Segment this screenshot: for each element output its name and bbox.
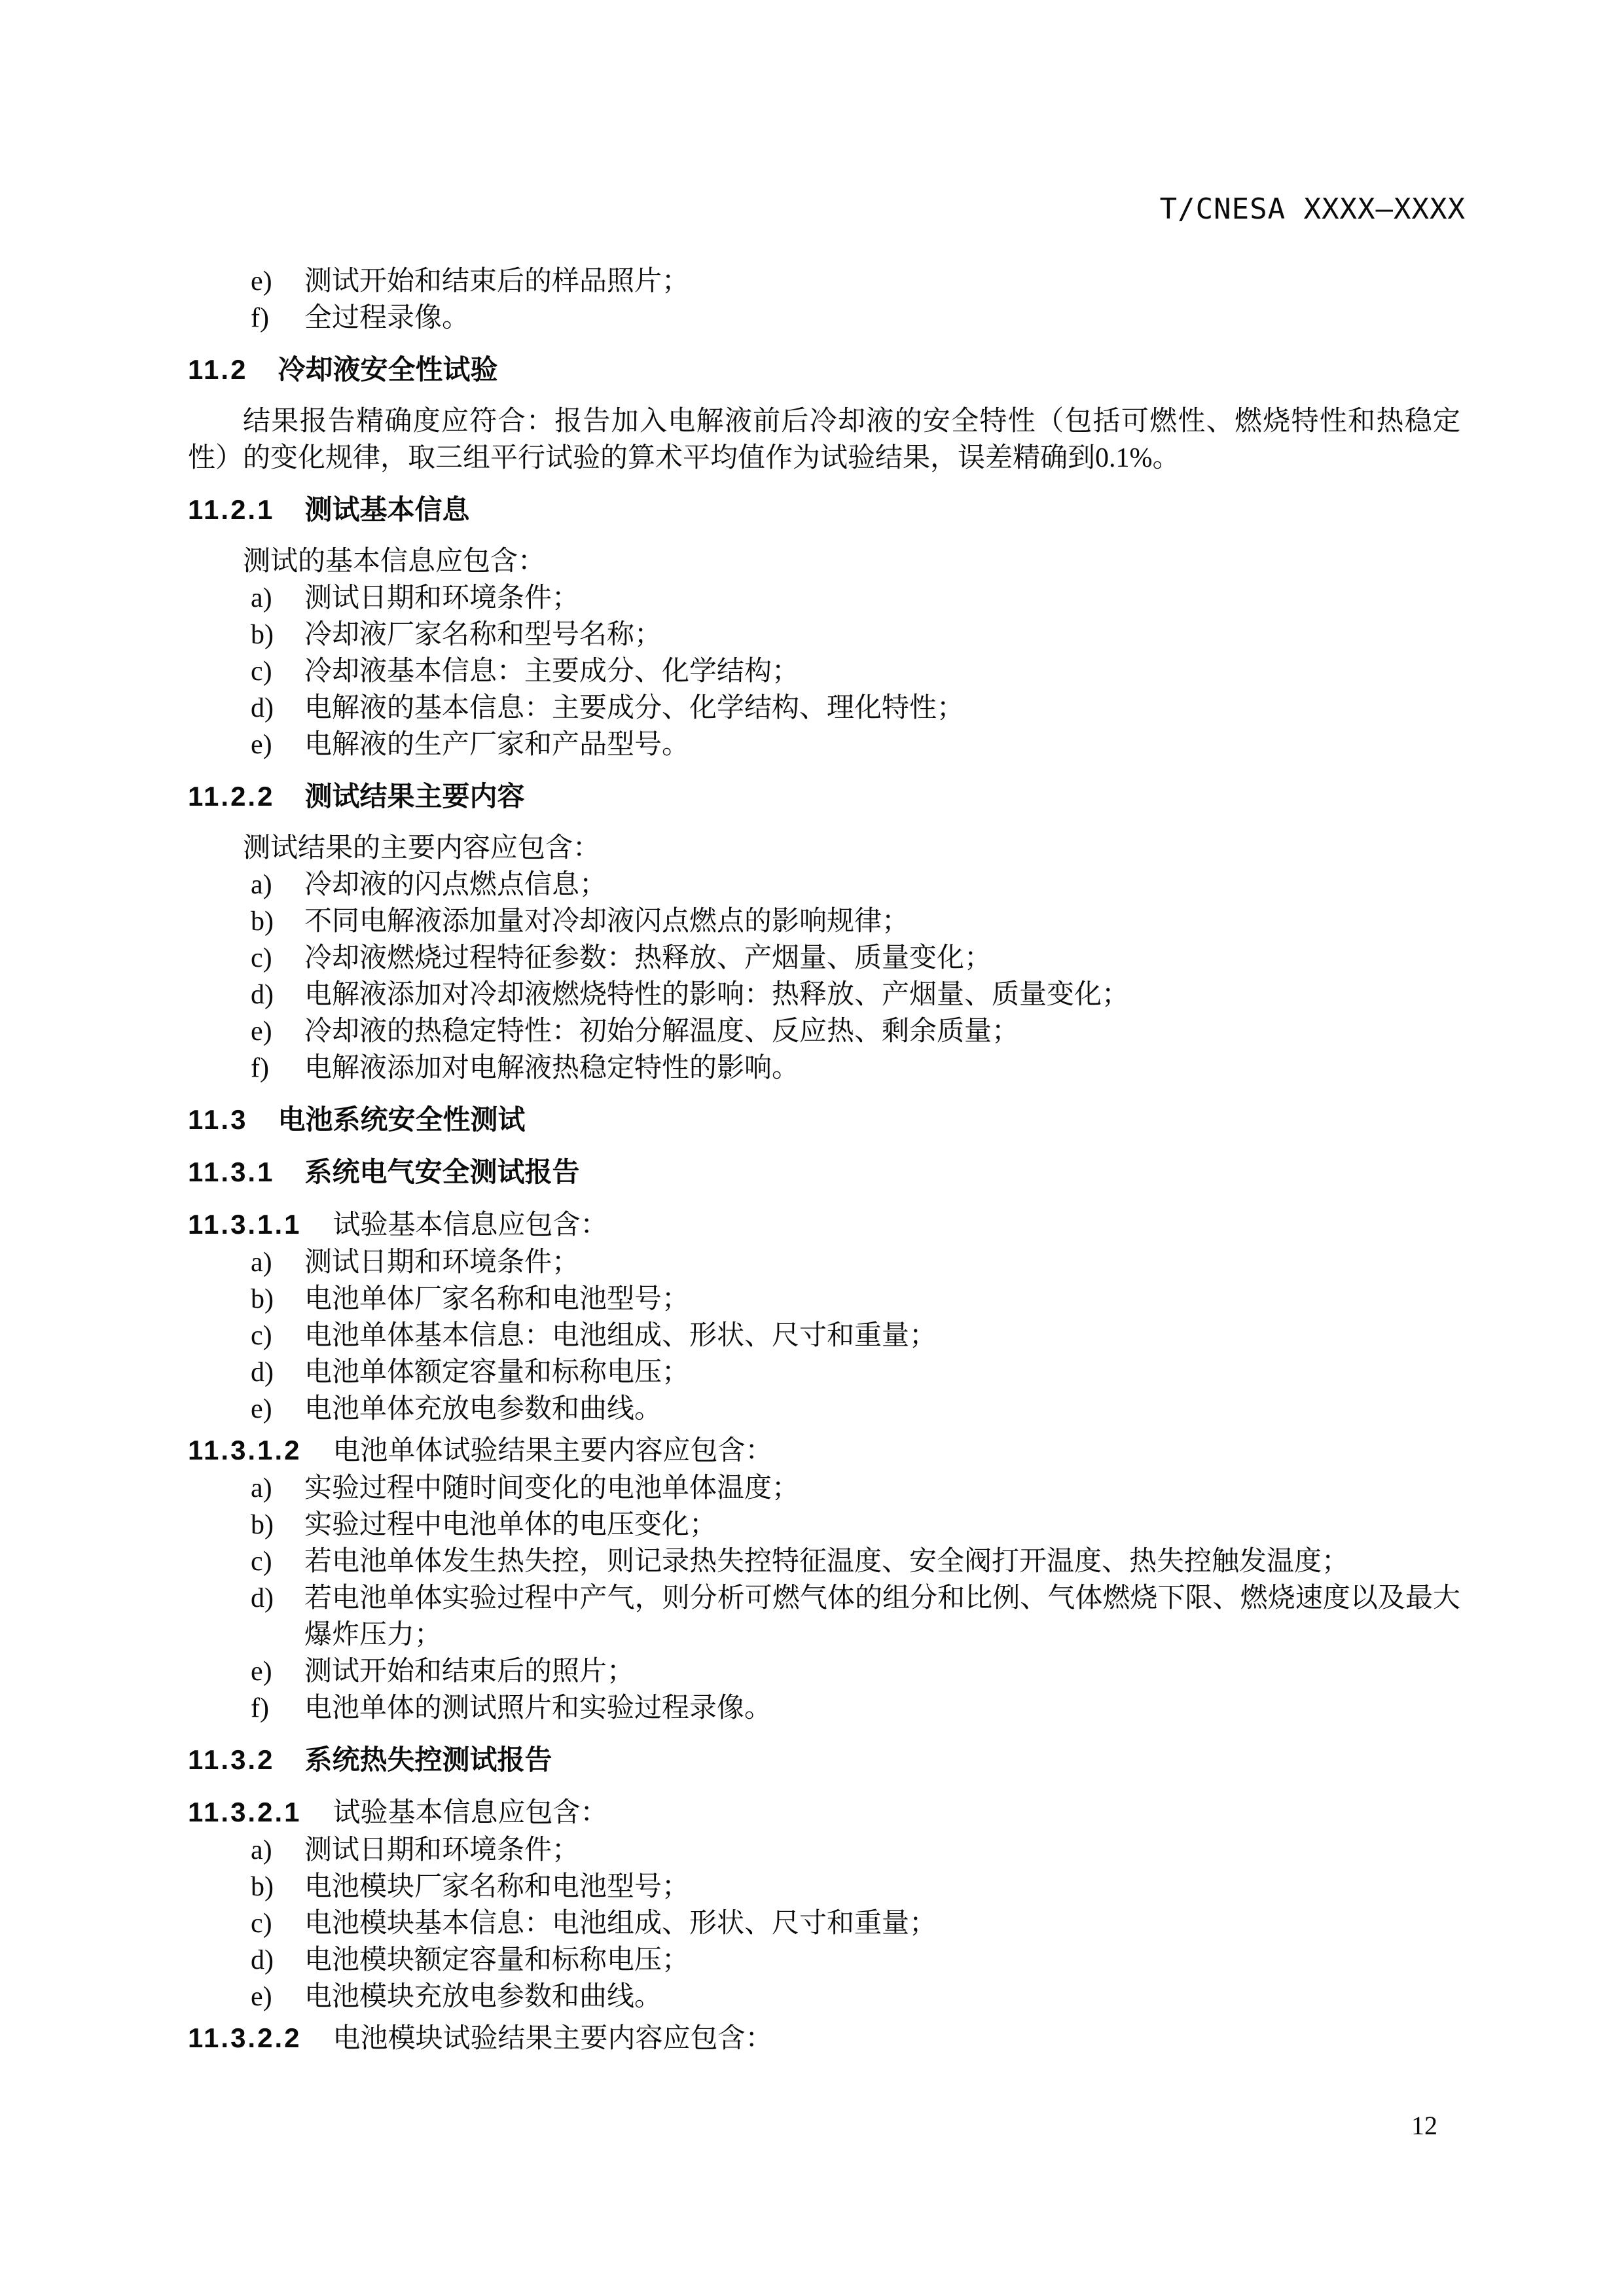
paragraph: 结果报告精确度应符合：报告加入电解液前后冷却液的安全特性（包括可燃性、燃烧特性和… [188,403,1460,476]
section-title: 冷却液安全性试验 [278,354,497,385]
list-item: d)电解液添加对冷却液燃烧特性的影响：热释放、产烟量、质量变化； [251,977,1460,1013]
document-body: e)测试开始和结束后的样品照片；f)全过程录像。11.2冷却液安全性试验结果报告… [188,263,1460,2058]
section-title: 测试结果主要内容 [304,781,524,812]
list-item-text: 冷却液燃烧过程特征参数：热释放、产烟量、质量变化； [304,940,1460,977]
list-item: b)电池模块厂家名称和电池型号； [251,1869,1460,1905]
section-heading: 11.2冷却液安全性试验 [188,351,1460,389]
section-number: 11.2.1 [188,491,274,529]
list-item-label: b) [251,1507,304,1543]
list-item: a)测试日期和环境条件； [251,1244,1460,1281]
list-item-text: 冷却液厂家名称和型号名称； [304,617,1460,653]
list-item: d)若电池单体实验过程中产气，则分析可燃气体的组分和比例、气体燃烧下限、燃烧速度… [251,1580,1460,1653]
list-item-text: 测试开始和结束后的照片； [304,1653,1460,1690]
list-item-label: f) [251,1050,304,1086]
section-heading: 11.3.2.1试验基本信息应包含： [188,1793,1460,1832]
section-title: 系统电气安全测试报告 [304,1157,579,1187]
list-item-text: 全过程录像。 [304,300,1460,336]
section-number: 11.3.2 [188,1741,274,1779]
list-item-label: c) [251,653,304,690]
list-item-text: 冷却液的闪点燃点信息； [304,867,1460,903]
list: a)测试日期和环境条件；b)冷却液厂家名称和型号名称；c)冷却液基本信息：主要成… [188,580,1460,763]
list-item-text: 测试日期和环境条件； [304,580,1460,617]
list-item-text: 实验过程中电池单体的电压变化； [304,1507,1460,1543]
list-item-label: c) [251,1543,304,1580]
list-item: e)电池模块充放电参数和曲线。 [251,1979,1460,2015]
list-item-text: 电池单体厂家名称和电池型号； [304,1281,1460,1318]
list-item-text: 测试日期和环境条件； [304,1832,1460,1869]
list-item: c)电池模块基本信息：电池组成、形状、尺寸和重量； [251,1905,1460,1942]
list-item: f)全过程录像。 [251,300,1460,336]
list-item-label: e) [251,263,304,300]
list-item-label: d) [251,1942,304,1979]
page-number: 12 [1411,2110,1437,2142]
list-item: d)电解液的基本信息：主要成分、化学结构、理化特性； [251,690,1460,726]
list-item-label: b) [251,903,304,940]
list-item: a)测试日期和环境条件； [251,580,1460,617]
section-title: 测试基本信息 [304,494,469,525]
list: a)实验过程中随时间变化的电池单体温度；b)实验过程中电池单体的电压变化；c)若… [188,1470,1460,1727]
list-item: d)电池模块额定容量和标称电压； [251,1942,1460,1979]
list-item: b)实验过程中电池单体的电压变化； [251,1507,1460,1543]
list-item: e)电池单体充放电参数和曲线。 [251,1391,1460,1427]
list-item: e)冷却液的热稳定特性：初始分解温度、反应热、剩余质量； [251,1013,1460,1050]
list-item-label: b) [251,1869,304,1905]
list-item-label: f) [251,300,304,336]
list-item-label: a) [251,1244,304,1281]
list-item: e)电解液的生产厂家和产品型号。 [251,726,1460,763]
list-item: d)电池单体额定容量和标称电压； [251,1354,1460,1391]
list-item-text: 测试日期和环境条件； [304,1244,1460,1281]
list-item: b)电池单体厂家名称和电池型号； [251,1281,1460,1318]
section-heading: 11.3.1系统电气安全测试报告 [188,1153,1460,1191]
list-item-label: e) [251,1013,304,1050]
section-number: 11.3.2.2 [188,2019,301,2057]
section-number: 11.2 [188,351,247,389]
section-heading: 11.3电池系统安全性测试 [188,1101,1460,1139]
list-item-label: b) [251,617,304,653]
list-item-label: a) [251,867,304,903]
list-item-label: e) [251,726,304,763]
list-item-label: c) [251,1905,304,1942]
section-number: 11.3 [188,1101,247,1139]
section-number: 11.3.1 [188,1153,274,1191]
section-title: 电池系统安全性测试 [278,1104,525,1135]
list-item-text: 若电池单体发生热失控，则记录热失控特征温度、安全阀打开温度、热失控触发温度； [304,1543,1460,1580]
list-item-text: 测试开始和结束后的样品照片； [304,263,1460,300]
section-number: 11.3.2.1 [188,1793,301,1831]
list-item-label: a) [251,580,304,617]
list-item-text: 电解液添加对电解液热稳定特性的影响。 [304,1050,1460,1086]
list-item-text: 不同电解液添加量对冷却液闪点燃点的影响规律； [304,903,1460,940]
list-item-label: c) [251,1318,304,1354]
running-header: T/CNESA XXXX—XXXX [1160,192,1466,226]
list-item-text: 若电池单体实验过程中产气，则分析可燃气体的组分和比例、气体燃烧下限、燃烧速度以及… [304,1580,1460,1653]
section-title: 系统热失控测试报告 [304,1744,552,1775]
list-item-text: 电池单体额定容量和标称电压； [304,1354,1460,1391]
list-item-text: 冷却液的热稳定特性：初始分解温度、反应热、剩余质量； [304,1013,1460,1050]
list-item-label: e) [251,1391,304,1427]
list-item-text: 电解液添加对冷却液燃烧特性的影响：热释放、产烟量、质量变化； [304,977,1460,1013]
list-item-text: 电池模块额定容量和标称电压； [304,1942,1460,1979]
list-item: b)冷却液厂家名称和型号名称； [251,617,1460,653]
list-item-label: a) [251,1832,304,1869]
list-item-label: c) [251,940,304,977]
list: a)测试日期和环境条件；b)电池单体厂家名称和电池型号；c)电池单体基本信息：电… [188,1244,1460,1427]
list-item-label: a) [251,1470,304,1507]
list-item-label: e) [251,1979,304,2015]
list-item: c)电池单体基本信息：电池组成、形状、尺寸和重量； [251,1318,1460,1354]
section-title: 试验基本信息应包含： [333,1210,607,1240]
list-item-label: d) [251,977,304,1013]
section-heading: 11.2.2测试结果主要内容 [188,778,1460,816]
section-heading: 11.3.1.2电池单体试验结果主要内容应包含： [188,1431,1460,1470]
list-item: e)测试开始和结束后的样品照片； [251,263,1460,300]
section-title: 电池单体试验结果主要内容应包含： [333,1436,772,1466]
list-item-label: d) [251,690,304,726]
list-item-text: 电池单体基本信息：电池组成、形状、尺寸和重量； [304,1318,1460,1354]
section-heading: 11.2.1测试基本信息 [188,491,1460,529]
list-item-text: 电池模块厂家名称和电池型号； [304,1869,1460,1905]
list-item-text: 实验过程中随时间变化的电池单体温度； [304,1470,1460,1507]
section-title: 电池模块试验结果主要内容应包含： [333,2024,772,2054]
list-item: a)实验过程中随时间变化的电池单体温度； [251,1470,1460,1507]
section-heading: 11.3.2系统热失控测试报告 [188,1741,1460,1779]
section-number: 11.3.1.1 [188,1206,301,1244]
list-item: c)冷却液燃烧过程特征参数：热释放、产烟量、质量变化； [251,940,1460,977]
list-item-text: 电解液的基本信息：主要成分、化学结构、理化特性； [304,690,1460,726]
section-heading: 11.3.1.1试验基本信息应包含： [188,1206,1460,1244]
list-item-text: 电池模块基本信息：电池组成、形状、尺寸和重量； [304,1905,1460,1942]
list-item: a)冷却液的闪点燃点信息； [251,867,1460,903]
list-item-label: d) [251,1354,304,1391]
list-item: f)电解液添加对电解液热稳定特性的影响。 [251,1050,1460,1086]
document-page: T/CNESA XXXX—XXXX e)测试开始和结束后的样品照片；f)全过程录… [0,0,1624,2296]
list-item-label: b) [251,1281,304,1318]
list-item: a)测试日期和环境条件； [251,1832,1460,1869]
list: a)冷却液的闪点燃点信息；b)不同电解液添加量对冷却液闪点燃点的影响规律；c)冷… [188,867,1460,1086]
section-number: 11.2.2 [188,778,274,816]
list-item: c)冷却液基本信息：主要成分、化学结构； [251,653,1460,690]
list-item-text: 电池模块充放电参数和曲线。 [304,1979,1460,2015]
list-item-text: 冷却液基本信息：主要成分、化学结构； [304,653,1460,690]
list-item: b)不同电解液添加量对冷却液闪点燃点的影响规律； [251,903,1460,940]
section-heading: 11.3.2.2电池模块试验结果主要内容应包含： [188,2019,1460,2058]
list: a)测试日期和环境条件；b)电池模块厂家名称和电池型号；c)电池模块基本信息：电… [188,1832,1460,2015]
list: e)测试开始和结束后的样品照片；f)全过程录像。 [188,263,1460,336]
list-item-text: 电池单体充放电参数和曲线。 [304,1391,1460,1427]
section-title: 试验基本信息应包含： [333,1798,607,1828]
list-item-text: 电解液的生产厂家和产品型号。 [304,726,1460,763]
list-item-label: d) [251,1580,304,1653]
section-number: 11.3.1.2 [188,1431,301,1469]
list-item: c)若电池单体发生热失控，则记录热失控特征温度、安全阀打开温度、热失控触发温度； [251,1543,1460,1580]
list-item: f)电池单体的测试照片和实验过程录像。 [251,1690,1460,1727]
paragraph: 测试的基本信息应包含： [188,543,1460,580]
list-item-label: e) [251,1653,304,1690]
list-item-label: f) [251,1690,304,1727]
list-item-text: 电池单体的测试照片和实验过程录像。 [304,1690,1460,1727]
paragraph: 测试结果的主要内容应包含： [188,830,1460,867]
list-item: e)测试开始和结束后的照片； [251,1653,1460,1690]
